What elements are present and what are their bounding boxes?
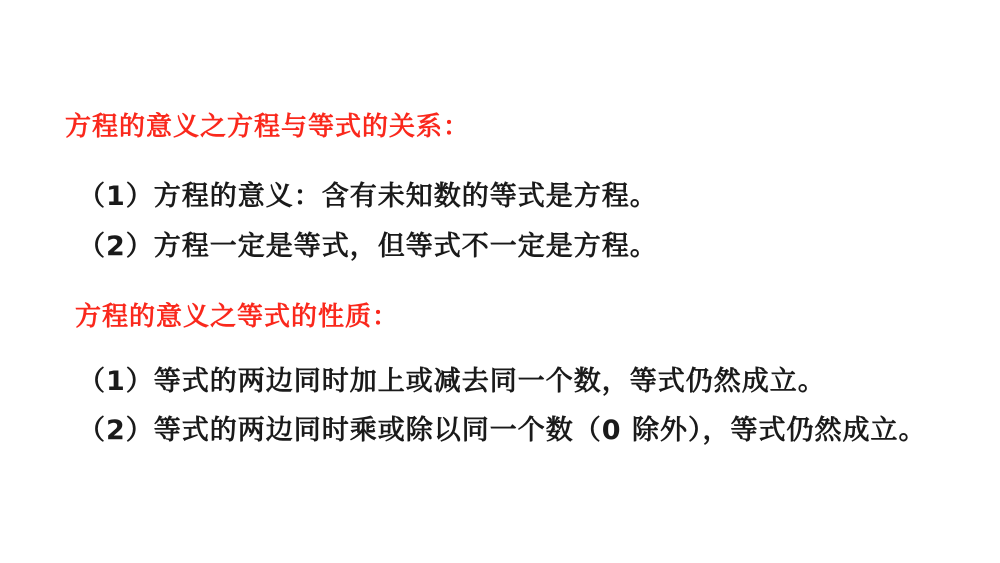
section1-item-1: （1）方程的意义：含有未知数的等式是方程。	[78, 182, 1000, 212]
section-heading-equation-vs-equality: 方程的意义之方程与等式的关系：	[65, 112, 1000, 142]
section2-item-1: （1）等式的两边同时加上或减去同一个数，等式仍然成立。	[78, 367, 1000, 397]
slide-canvas: 方程的意义之方程与等式的关系： （1）方程的意义：含有未知数的等式是方程。 （2…	[0, 0, 1000, 563]
section-heading-equality-properties: 方程的意义之等式的性质：	[75, 302, 1000, 332]
section1-item-2: （2）方程一定是等式，但等式不一定是方程。	[78, 232, 1000, 262]
section2-item-2: （2）等式的两边同时乘或除以同一个数（0 除外），等式仍然成立。	[78, 408, 950, 453]
